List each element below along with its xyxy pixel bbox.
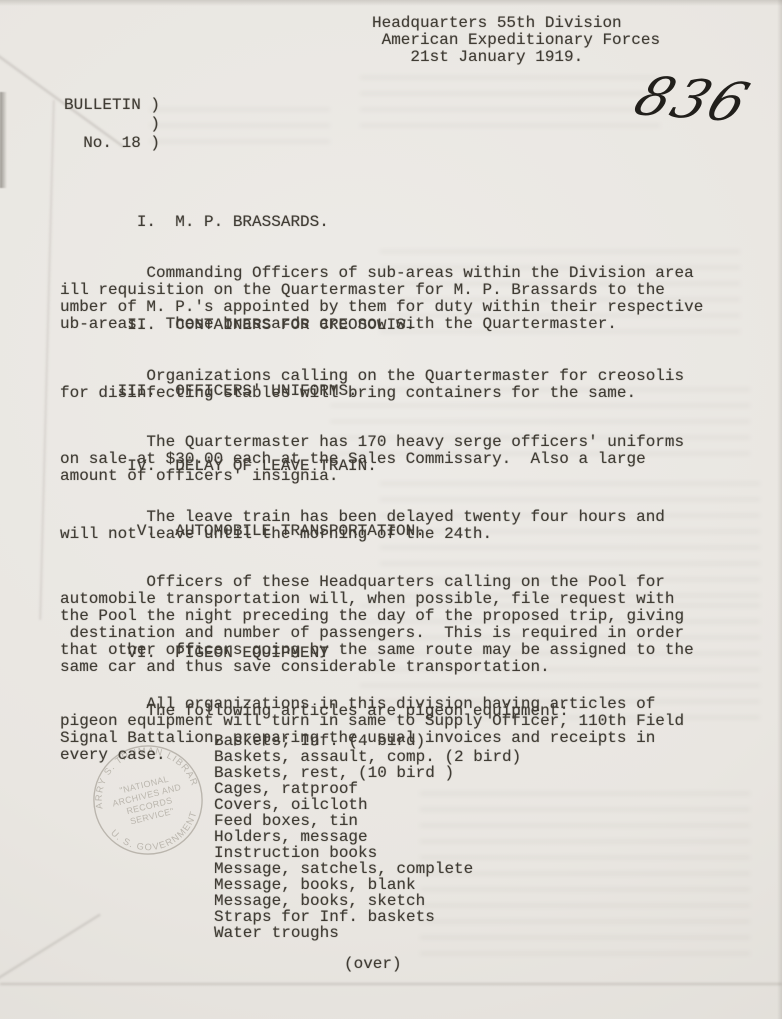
paper-crease [0, 914, 101, 985]
paper-crease [39, 100, 55, 620]
bulletin-document-page: HARRY S. TRUMAN LIBRARY U. S. GOVERNMENT… [0, 0, 782, 1019]
section-heading: I. M. P. BRASSARDS. [60, 214, 703, 231]
equipment-list-item: Message, books, sketch [214, 893, 521, 909]
page-footer-over: (over) [344, 956, 402, 973]
paper-edge-tear [0, 92, 7, 188]
equipment-list-item: Baskets, rest, (10 bird ) [214, 765, 521, 781]
equipment-list-item: Water troughs [214, 925, 521, 941]
equipment-list-item: Instruction books [214, 845, 521, 861]
section-heading: II. CONTAINERS FOR CREOSOLIS. [60, 317, 684, 334]
section-heading: IV. DELAY OF LEAVE TRAIN. [60, 458, 665, 475]
equipment-list-item: Holders, message [214, 829, 521, 845]
equipment-list-item: Straps for Inf. baskets [214, 909, 521, 925]
equipment-list-intro: The following articles are pigeon equipm… [60, 703, 569, 720]
section-heading: III. OFFICERS' UNIFORMS. [60, 383, 684, 400]
paper-edge-shadow [777, 0, 782, 1019]
equipment-list: Baskets; Inf. (4 bird)Baskets, assault, … [214, 733, 521, 941]
bulletin-number-block: BULLETIN ) ) No. 18 ) [64, 96, 160, 153]
paper-crease [0, 983, 782, 985]
letterhead: Headquarters 55th Division American Expe… [372, 15, 660, 66]
paper-edge-shadow [0, 0, 782, 6]
equipment-list-item: Baskets; Inf. (4 bird) [214, 733, 521, 749]
bleedthrough-smudge [150, 108, 330, 148]
equipment-list-item: Baskets, assault, comp. (2 bird) [214, 749, 521, 765]
bleedthrough-smudge [360, 76, 660, 128]
equipment-list-item: Covers, oilcloth [214, 797, 521, 813]
section-heading: VI. PIGEON EQUIPMENT [60, 645, 684, 662]
equipment-list-item: Message, satchels, complete [214, 861, 521, 877]
section-heading: V. AUTOMOBILE TRANSPORTATION. [60, 523, 694, 540]
equipment-list-item: Message, books, blank [214, 877, 521, 893]
equipment-list-item: Feed boxes, tin [214, 813, 521, 829]
equipment-list-item: Cages, ratproof [214, 781, 521, 797]
handwritten-number: 836 [626, 65, 760, 134]
